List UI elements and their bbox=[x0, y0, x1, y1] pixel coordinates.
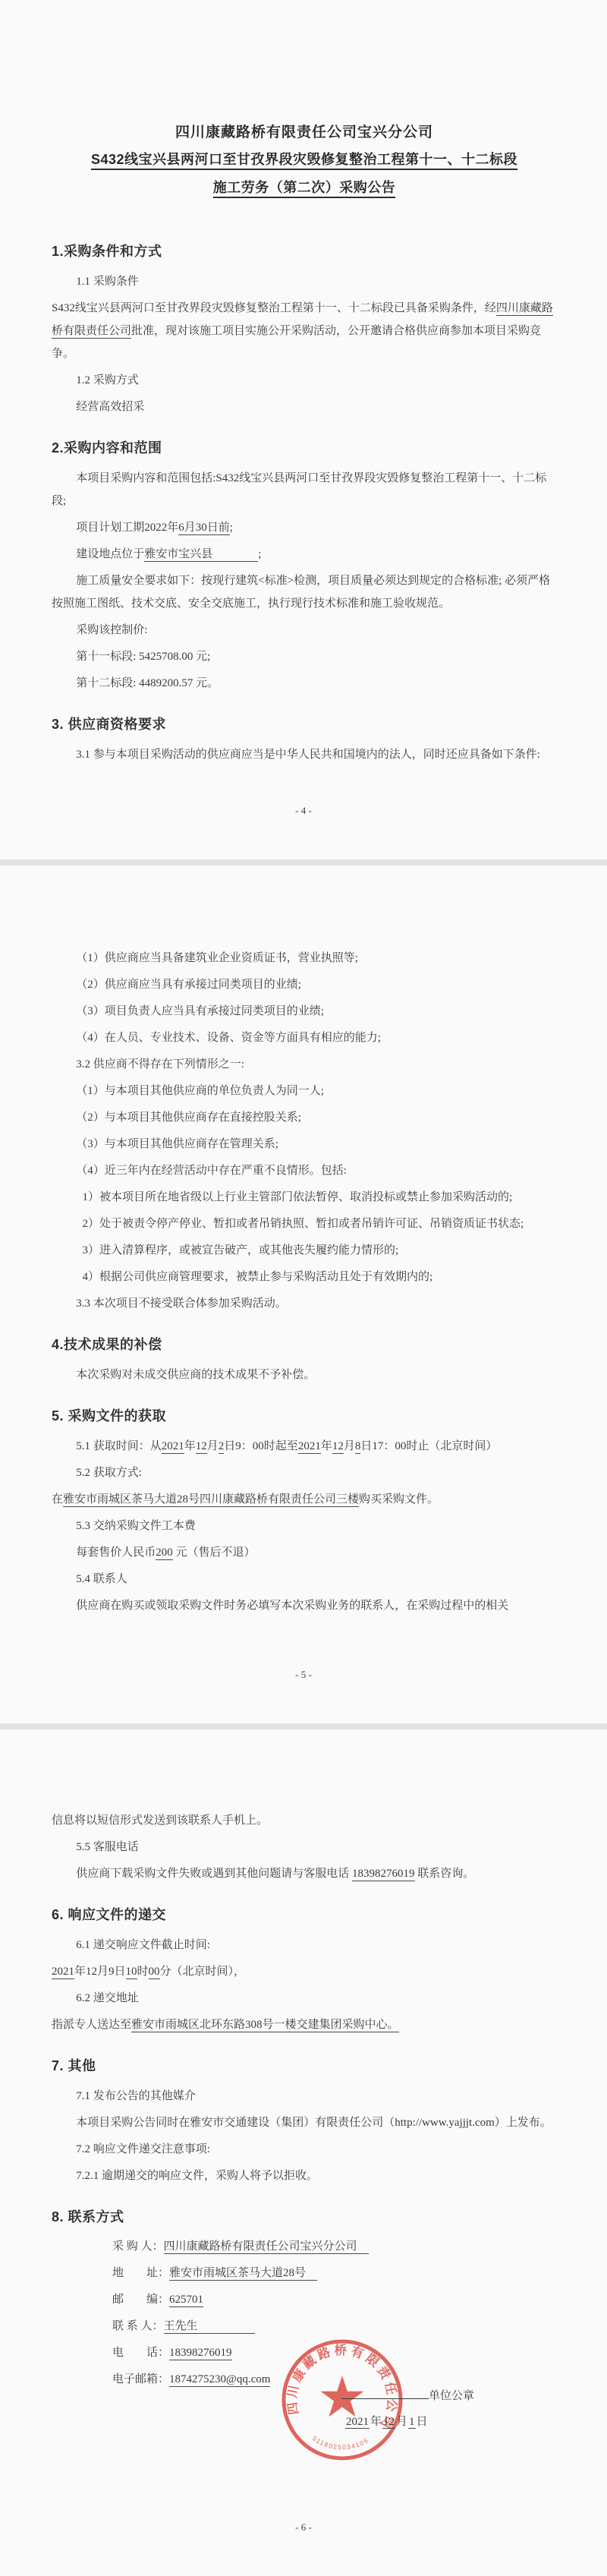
para-1-2: 经营高效招采 bbox=[52, 396, 557, 418]
heading-2-scope: 2.采购内容和范围 bbox=[52, 435, 557, 461]
item-3-1-3-seg-0: （3）项目负责人应当具有承接过同类项目的业绩; bbox=[76, 1005, 324, 1017]
para-6-1-deadline-seg-1: 年12月9日 bbox=[74, 1966, 126, 1978]
para-5-2-seg-0: 在 bbox=[52, 1493, 63, 1506]
para-6-1-deadline-seg-2: 10 bbox=[126, 1966, 137, 1979]
contact-phone-seg-0: 电 话： bbox=[112, 2347, 169, 2359]
clause-7-1-seg-0: 7.1 发布公告的其他媒介 bbox=[76, 2090, 196, 2102]
subitem-3-2-4-1: 1）被本项目所在地省级以上行业主管部门依法暂停、取消投标或禁止参加采购活动的; bbox=[52, 1186, 557, 1209]
para-2-price-lot12-seg-0: 第十二标段: 4489200.57 元。 bbox=[76, 677, 219, 689]
document-page-5: （1）供应商应当具备建筑业企业资质证书，营业执照等;（2）供应商应当具有承接过同… bbox=[0, 865, 607, 1723]
item-3-1-1: （1）供应商应当具备建筑业企业资质证书，营业执照等; bbox=[52, 947, 557, 970]
subitem-3-2-4-2: 2）处于被责令停产停业、暂扣或者吊销执照、暂扣或者吊销许可证、吊销资质证书状态; bbox=[52, 1212, 557, 1235]
seal-date-sep-month: 月 bbox=[395, 2416, 408, 2428]
para-1-1: S432线宝兴县两河口至甘孜界段灾毁修复整治工程第十一、十二标段已具备采购条件，… bbox=[52, 297, 557, 365]
para-1-2-seg-0: 经营高效招采 bbox=[76, 401, 144, 413]
para-5-5: 供应商下载采购文件失败或遇到其他问题请与客服电话 18398276019 联系咨… bbox=[52, 1862, 557, 1885]
para-6-2-address: 指派专人送达至雅安市雨城区北环东路308号一楼交建集团采购中心。 bbox=[52, 2013, 557, 2036]
para-5-2-seg-1: 雅安市雨城区茶马大道28号四川康藏路桥有限责任公司三楼 bbox=[63, 1493, 359, 1507]
contact-person-seg-0: 联 系 人： bbox=[112, 2320, 164, 2332]
item-3-2-1-seg-0: （1）与本项目其他供应商的单位负责人为同一人; bbox=[76, 1085, 324, 1097]
para-7-1: 本项目采购公告同时在雅安市交通建设（集团）有限责任公司（http://www.y… bbox=[52, 2111, 557, 2134]
clause-3-2: 3.2 供应商不得存在下列情形之一: bbox=[52, 1053, 557, 1076]
contact-address-seg-0: 地 址： bbox=[112, 2267, 169, 2279]
para-5-5-seg-1: 18398276019 bbox=[352, 1868, 415, 1881]
heading-1-conditions: 1.采购条件和方式 bbox=[52, 238, 557, 264]
doc-title-project-seg-0: S432线宝兴县两河口至甘孜界段灾毁修复整治工程第十一、十二标段 bbox=[91, 152, 517, 170]
clause-5-1-seg-4: 月 bbox=[207, 1440, 219, 1452]
clause-5-3: 5.3 交纳采购文件工本费 bbox=[52, 1515, 557, 1537]
contact-email-seg-0: 电子邮箱： bbox=[112, 2373, 169, 2385]
para-5-3-seg-1: 200 bbox=[156, 1547, 173, 1560]
official-seal-caption: 单位公章 bbox=[341, 2387, 474, 2403]
item-3-2-4: （4）近三年内在经营活动中存在严重不良情形。包括: bbox=[52, 1159, 557, 1182]
clause-5-1-seg-10: 月 bbox=[344, 1440, 355, 1452]
clause-5-3-seg-0: 5.3 交纳采购文件工本费 bbox=[76, 1520, 196, 1532]
para-2-quality-seg-0: 施工质量安全要求如下：按现行建筑<标准>检测，项目质量必须达到规定的合格标准; … bbox=[52, 575, 550, 610]
item-3-1-2-seg-0: （2）供应商应当具有承接过同类项目的业绩; bbox=[76, 979, 301, 991]
para-2-schedule-seg-1: 6月30日前 bbox=[178, 522, 230, 535]
para-2-price-lot11: 第十一标段: 5425708.00 元; bbox=[52, 645, 557, 668]
para-5-3-seg-0: 每套售价人民币 bbox=[76, 1547, 156, 1559]
subitem-3-2-4-2-seg-0: 2）处于被责令停产停业、暂扣或者吊销执照、暂扣或者吊销许可证、吊销资质证书状态; bbox=[83, 1218, 524, 1230]
item-3-1-2: （2）供应商应当具有承接过同类项目的业绩; bbox=[52, 973, 557, 996]
para-6-1-deadline-seg-3: 时 bbox=[137, 1966, 149, 1978]
heading-7-other: 7. 其他 bbox=[52, 2053, 557, 2079]
clause-5-1-seg-6: 日9：00时起至 bbox=[224, 1440, 298, 1452]
subitem-3-2-4-3: 3）进入清算程序，或被宣告破产，或其他丧失履约能力情形的; bbox=[52, 1239, 557, 1262]
clause-1-2: 1.2 采购方式 bbox=[52, 369, 557, 392]
clause-5-1-seg-2: 年 bbox=[184, 1440, 196, 1452]
subitem-3-2-4-4-seg-0: 4）根据公司供应商管理要求，被禁止参与采购活动且处于有效期内的; bbox=[83, 1271, 433, 1283]
para-2-quality: 施工质量安全要求如下：按现行建筑<标准>检测，项目质量必须达到规定的合格标准; … bbox=[52, 569, 557, 615]
clause-5-5: 5.5 客服电话 bbox=[52, 1836, 557, 1859]
contact-purchaser-seg-1: 四川康藏路桥有限责任公司宝兴分公司 bbox=[164, 2240, 369, 2254]
page-number: - 4 - bbox=[0, 805, 607, 817]
para-3-1-seg-0: 3.1 参与本项目采购活动的供应商应当是中华人民共和国境内的法人，同时还应具备如… bbox=[76, 749, 540, 761]
heading-8-contact: 8. 联系方式 bbox=[52, 2204, 557, 2230]
document-page-6: 四川康藏路桥有限责任公司 5118025034105 单位公章 2021年12月… bbox=[0, 1729, 607, 2576]
clause-5-1-seg-8: 年 bbox=[321, 1440, 332, 1452]
clause-5-1: 5.1 获取时间：从2021年12月2日9：00时起至2021年12月8日17：… bbox=[52, 1435, 557, 1458]
para-5-3: 每套售价人民币200 元（售后不退） bbox=[52, 1541, 557, 1564]
para-4: 本次采购对未成交供应商的技术成果不予补偿。 bbox=[52, 1364, 557, 1386]
clause-7-2: 7.2 响应文件递交注意事项: bbox=[52, 2138, 557, 2161]
para-2-price-label: 采购该控制价: bbox=[52, 619, 557, 642]
clause-5-1-seg-3: 12 bbox=[196, 1440, 207, 1454]
para-5-5-seg-2: 联系咨询。 bbox=[415, 1868, 475, 1880]
page-number-seg-0: - 4 - bbox=[295, 805, 312, 816]
item-3-1-1-seg-0: （1）供应商应当具备建筑业企业资质证书，营业执照等; bbox=[76, 952, 358, 964]
para-2-location-seg-0: 建设地点位于 bbox=[76, 548, 144, 560]
para-4-seg-0: 本次采购对未成交供应商的技术成果不予补偿。 bbox=[76, 1369, 315, 1381]
doc-title-company-seg-0: 四川康藏路桥有限责任公司宝兴分公司 bbox=[175, 125, 433, 140]
heading-1-conditions-seg-0: 1.采购条件和方式 bbox=[52, 244, 162, 259]
clause-1-1-seg-0: 1.1 采购条件 bbox=[76, 276, 139, 288]
para-1-1-seg-0: S432线宝兴县两河口至甘孜界段灾毁修复整治工程第十一、十二标段已具备采购条件，… bbox=[52, 302, 496, 314]
heading-2-scope-seg-0: 2.采购内容和范围 bbox=[52, 440, 162, 456]
item-3-1-4: （4）在人员、专业技术、设备、资金等方面具有相应的能力; bbox=[52, 1026, 557, 1049]
item-3-2-1: （1）与本项目其他供应商的单位负责人为同一人; bbox=[52, 1080, 557, 1102]
seal-date-year: 2021 bbox=[345, 2416, 370, 2429]
para-5-4-cont: 信息将以短信形式发送到该联系人手机上。 bbox=[52, 1809, 557, 1832]
clause-7-2-1: 7.2.1 逾期递交的响应文件，采购人将予以拒收。 bbox=[52, 2165, 557, 2187]
seal-date-month: 12 bbox=[382, 2416, 395, 2429]
subitem-3-2-4-3-seg-0: 3）进入清算程序，或被宣告破产，或其他丧失履约能力情形的; bbox=[83, 1244, 399, 1256]
page-number-seg-0: - 6 - bbox=[295, 2521, 312, 2533]
para-2-scope: 本项目采购内容和范围包括:S432线宝兴县两河口至甘孜界段灾毁修复整治工程第十一… bbox=[52, 467, 557, 512]
para-2-location: 建设地点位于雅安市宝兴县 ; bbox=[52, 543, 557, 566]
clause-5-1-seg-1: 2021 bbox=[162, 1440, 184, 1454]
contact-address: 地 址：雅安市雨城区茶马大道28号 bbox=[112, 2262, 557, 2284]
clause-5-5-seg-0: 5.5 客服电话 bbox=[76, 1841, 139, 1853]
doc-title-notice-seg-0: 施工劳务（第二次）采购公告 bbox=[213, 180, 396, 198]
item-3-1-3: （3）项目负责人应当具有承接过同类项目的业绩; bbox=[52, 1000, 557, 1023]
para-5-3-seg-2: 元（售后不退） bbox=[173, 1547, 256, 1559]
item-3-2-2: （2）与本项目其他供应商存在直接控股关系; bbox=[52, 1106, 557, 1129]
page-number: - 6 - bbox=[0, 2521, 607, 2533]
para-6-1-deadline: 2021年12月9日10时00分（北京时间）， bbox=[52, 1960, 557, 1983]
seal-signature-line bbox=[341, 2388, 429, 2399]
heading-6-submission: 6. 响应文件的递交 bbox=[52, 1902, 557, 1928]
clause-5-1-seg-9: 12 bbox=[332, 1440, 344, 1454]
doc-title-company: 四川康藏路桥有限责任公司宝兴分公司 bbox=[52, 120, 557, 146]
para-5-2-seg-2: 购买采购文件。 bbox=[359, 1493, 439, 1506]
clause-7-1: 7.1 发布公告的其他媒介 bbox=[52, 2085, 557, 2108]
clause-5-2: 5.2 获取方式: bbox=[52, 1461, 557, 1484]
clause-5-4-seg-0: 5.4 联系人 bbox=[76, 1573, 127, 1585]
clause-6-1-seg-0: 6.1 递交响应文件截止时间: bbox=[76, 1939, 210, 1951]
contact-address-seg-1: 雅安市雨城区茶马大道28号 bbox=[169, 2267, 317, 2281]
clause-5-1-seg-12: 日17：00时止（北京时间） bbox=[360, 1440, 497, 1452]
contact-phone-seg-1: 18398276019 bbox=[169, 2347, 232, 2360]
para-6-2-address-seg-1: 雅安市雨城区北环东路308号一楼交建集团采购中心。 bbox=[131, 2019, 399, 2032]
clause-6-2-seg-0: 6.2 递交地址 bbox=[76, 1992, 139, 2004]
heading-7-other-seg-0: 7. 其他 bbox=[52, 2058, 96, 2073]
clause-5-2-seg-0: 5.2 获取方式: bbox=[76, 1467, 142, 1479]
para-2-price-label-seg-0: 采购该控制价: bbox=[76, 624, 147, 636]
item-3-2-2-seg-0: （2）与本项目其他供应商存在直接控股关系; bbox=[76, 1111, 301, 1124]
item-3-2-3: （3）与本项目其他供应商存在管理关系; bbox=[52, 1133, 557, 1156]
doc-title-project: S432线宝兴县两河口至甘孜界段灾毁修复整治工程第十一、十二标段 bbox=[52, 146, 557, 174]
para-2-scope-seg-0: 本项目采购内容和范围包括:S432线宝兴县两河口至甘孜界段灾毁修复整治工程第十一… bbox=[52, 472, 546, 507]
para-2-location-seg-1: 雅安市宝兴县 bbox=[144, 548, 258, 562]
clause-3-2-seg-0: 3.2 供应商不得存在下列情形之一: bbox=[76, 1058, 244, 1070]
seal-date-day: 1 bbox=[408, 2416, 416, 2429]
contact-purchaser: 采 购 人：四川康藏路桥有限责任公司宝兴分公司 bbox=[112, 2236, 557, 2258]
para-7-1-seg-0: 本项目采购公告同时在雅安市交通建设（集团）有限责任公司（http://www.y… bbox=[76, 2117, 552, 2129]
clause-5-1-seg-0: 5.1 获取时间：从 bbox=[76, 1440, 162, 1452]
para-6-1-deadline-seg-5: 分（北京时间）， bbox=[160, 1966, 246, 1978]
para-6-2-address-seg-0: 指派专人送达至 bbox=[52, 2019, 131, 2031]
clause-7-2-seg-0: 7.2 响应文件递交注意事项: bbox=[76, 2143, 210, 2155]
contact-person: 联 系 人：王先生 bbox=[112, 2316, 557, 2338]
heading-5-documents-seg-0: 5. 采购文件的获取 bbox=[52, 1408, 166, 1424]
seal-date-sep-day: 日 bbox=[416, 2416, 429, 2428]
heading-5-documents: 5. 采购文件的获取 bbox=[52, 1403, 557, 1429]
clause-3-3: 3.3 本次项目不接受联合体参加采购活动。 bbox=[52, 1292, 557, 1315]
doc-title-notice: 施工劳务（第二次）采购公告 bbox=[52, 174, 557, 202]
subitem-3-2-4-1-seg-0: 1）被本项目所在地省级以上行业主管部门依法暂停、取消投标或禁止参加采购活动的; bbox=[83, 1191, 513, 1203]
clause-1-1: 1.1 采购条件 bbox=[52, 270, 557, 293]
para-2-price-lot11-seg-0: 第十一标段: 5425708.00 元; bbox=[76, 651, 210, 663]
para-5-4-seg-0: 供应商在购买或领取采购文件时务必填写本次采购业务的联系人，在采购过程中的相关 bbox=[76, 1600, 508, 1612]
item-3-2-4-seg-0: （4）近三年内在经营活动中存在严重不良情形。包括: bbox=[76, 1165, 347, 1177]
para-6-1-deadline-seg-0: 2021 bbox=[52, 1966, 74, 1979]
contact-person-seg-1: 王先生 bbox=[164, 2320, 255, 2334]
clause-7-2-1-seg-0: 7.2.1 逾期递交的响应文件，采购人将予以拒收。 bbox=[76, 2170, 318, 2182]
seal-caption-text: 单位公章 bbox=[429, 2390, 474, 2402]
para-2-schedule: 项目计划工期2022年6月30日前; bbox=[52, 516, 557, 539]
heading-3-qualification: 3. 供应商资格要求 bbox=[52, 711, 557, 737]
para-5-4: 供应商在购买或领取采购文件时务必填写本次采购业务的联系人，在采购过程中的相关 bbox=[52, 1594, 557, 1617]
item-3-1-4-seg-0: （4）在人员、专业技术、设备、资金等方面具有相应的能力; bbox=[76, 1032, 381, 1044]
page-number-seg-0: - 5 - bbox=[295, 1669, 312, 1680]
para-5-2: 在雅安市雨城区茶马大道28号四川康藏路桥有限责任公司三楼购买采购文件。 bbox=[52, 1488, 557, 1511]
seal-serial-arc-text: 5118025034105 bbox=[311, 2434, 370, 2451]
contact-postcode-seg-1: 625701 bbox=[169, 2294, 203, 2307]
page-number: - 5 - bbox=[0, 1669, 607, 1681]
heading-6-submission-seg-0: 6. 响应文件的递交 bbox=[52, 1907, 166, 1922]
heading-4-compensation-seg-0: 4.技术成果的补偿 bbox=[52, 1337, 162, 1352]
contact-purchaser-seg-0: 采 购 人： bbox=[112, 2240, 164, 2253]
contact-email-seg-1: 1874275230@qq.com bbox=[169, 2373, 270, 2387]
subitem-3-2-4-4: 4）根据公司供应商管理要求，被禁止参与采购活动且处于有效期内的; bbox=[52, 1266, 557, 1288]
clause-5-1-seg-7: 2021 bbox=[298, 1440, 321, 1454]
clause-6-2: 6.2 递交地址 bbox=[52, 1987, 557, 2010]
seal-date: 2021年12月1日 bbox=[345, 2413, 429, 2429]
para-6-1-deadline-seg-4: 00 bbox=[149, 1966, 160, 1979]
clause-1-2-seg-0: 1.2 采购方式 bbox=[76, 374, 139, 386]
para-2-schedule-seg-2: ; bbox=[230, 522, 233, 534]
seal-date-sep-year: 年 bbox=[370, 2416, 382, 2428]
contact-postcode: 邮 编：625701 bbox=[112, 2289, 557, 2311]
clause-6-1: 6.1 递交响应文件截止时间: bbox=[52, 1934, 557, 1956]
para-5-5-seg-0: 供应商下载采购文件失败或遇到其他问题请与客服电话 bbox=[76, 1868, 352, 1880]
contact-postcode-seg-0: 邮 编： bbox=[112, 2294, 169, 2306]
document-page-4: 四川康藏路桥有限责任公司宝兴分公司S432线宝兴县两河口至甘孜界段灾毁修复整治工… bbox=[0, 0, 607, 859]
contact-phone: 电 话：18398276019 bbox=[112, 2342, 557, 2364]
para-2-location-seg-2: ; bbox=[258, 548, 261, 560]
para-5-4-cont-seg-0: 信息将以短信形式发送到该联系人手机上。 bbox=[52, 1815, 268, 1827]
clause-3-3-seg-0: 3.3 本次项目不接受联合体参加采购活动。 bbox=[76, 1297, 287, 1310]
para-3-1: 3.1 参与本项目采购活动的供应商应当是中华人民共和国境内的法人，同时还应具备如… bbox=[52, 743, 557, 766]
para-2-price-lot12: 第十二标段: 4489200.57 元。 bbox=[52, 672, 557, 695]
heading-4-compensation: 4.技术成果的补偿 bbox=[52, 1332, 557, 1357]
heading-3-qualification-seg-0: 3. 供应商资格要求 bbox=[52, 717, 166, 732]
contact-email: 电子邮箱：1874275230@qq.com bbox=[112, 2369, 557, 2391]
para-2-schedule-seg-0: 项目计划工期2022年 bbox=[76, 522, 178, 534]
item-3-2-3-seg-0: （3）与本项目其他供应商存在管理关系; bbox=[76, 1138, 278, 1150]
clause-5-4: 5.4 联系人 bbox=[52, 1568, 557, 1591]
heading-8-contact-seg-0: 8. 联系方式 bbox=[52, 2209, 124, 2224]
